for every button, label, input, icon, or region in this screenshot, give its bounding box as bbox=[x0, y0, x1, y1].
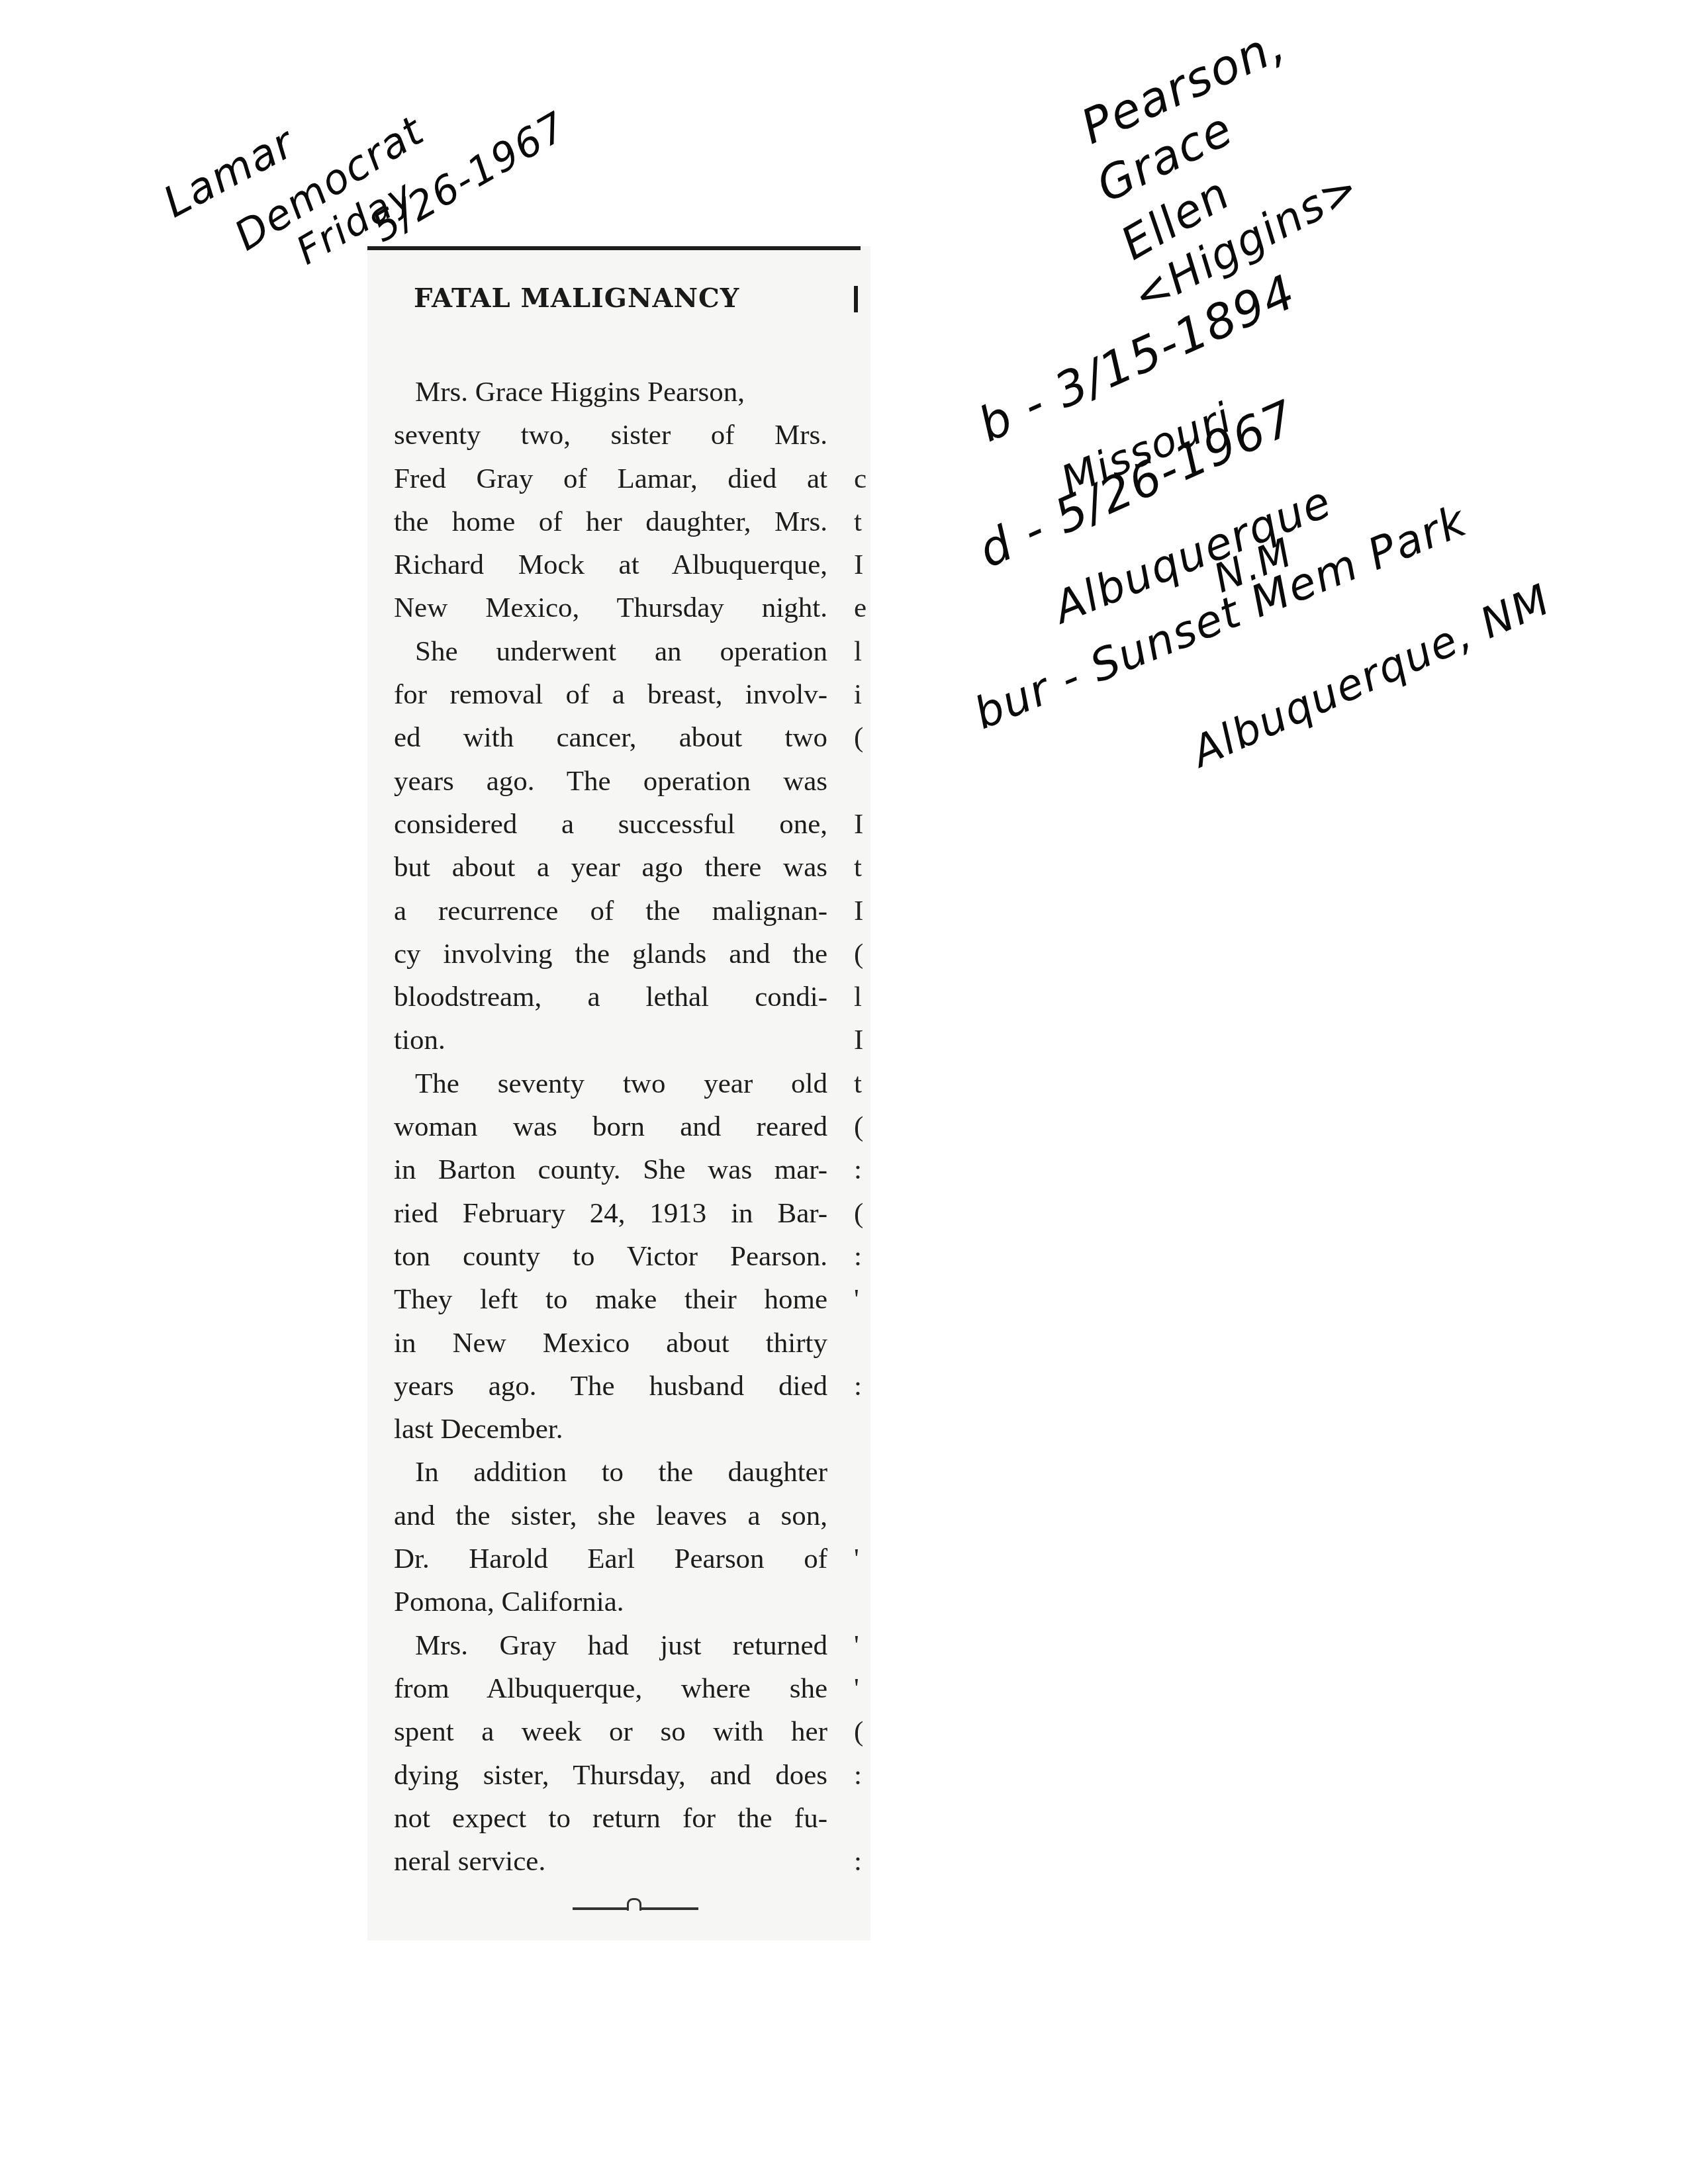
article-line: Mrs. Grace Higgins Pearson, bbox=[394, 371, 827, 414]
adjacent-column-fragment: I bbox=[854, 1019, 874, 1062]
article-line: years ago. The husband died bbox=[394, 1365, 827, 1408]
adjacent-column-fragment bbox=[854, 1408, 874, 1451]
adjacent-column-fragment: l bbox=[854, 976, 874, 1019]
article-body: Mrs. Grace Higgins Pearson,seventy two, … bbox=[394, 371, 827, 1883]
article-line: ed with cancer, about two bbox=[394, 716, 827, 759]
article-line: Dr. Harold Earl Pearson of bbox=[394, 1537, 827, 1580]
article-line: spent a week or so with her bbox=[394, 1710, 827, 1753]
adjacent-column-fragment: t bbox=[854, 846, 874, 889]
adjacent-column-fragment: ' bbox=[854, 1537, 874, 1580]
article-line: bloodstream, a lethal condi- bbox=[394, 976, 827, 1019]
adjacent-column-fragment: : bbox=[854, 1148, 874, 1191]
adjacent-column-fragment: e bbox=[854, 586, 874, 629]
adjacent-column-fragment: ' bbox=[854, 1278, 874, 1321]
article-line: seventy two, sister of Mrs. bbox=[394, 414, 827, 457]
article-line: but about a year ago there was bbox=[394, 846, 827, 889]
article-line: ton county to Victor Pearson. bbox=[394, 1235, 827, 1278]
newspaper-clipping: FATAL MALIGNANCY Mrs. Grace Higgins Pear… bbox=[367, 246, 870, 1940]
article-line: for removal of a breast, involv- bbox=[394, 673, 827, 716]
adjacent-column-fragment: l bbox=[854, 630, 874, 673]
article-line: New Mexico, Thursday night. bbox=[394, 586, 827, 629]
adjacent-column-fragment: ( bbox=[854, 1105, 874, 1148]
adjacent-column-fragment: : bbox=[854, 1365, 874, 1408]
article-line: dying sister, Thursday, and does bbox=[394, 1754, 827, 1797]
article-line: considered a successful one, bbox=[394, 803, 827, 846]
article-line: They left to make their home bbox=[394, 1278, 827, 1321]
adjacent-column-fragment: ' bbox=[854, 1624, 874, 1667]
adjacent-column-fragment: : bbox=[854, 1754, 874, 1797]
adjacent-column-fragment: i bbox=[854, 673, 874, 716]
headline: FATAL MALIGNANCY bbox=[414, 283, 739, 314]
adjacent-column-fragment: I bbox=[854, 803, 874, 846]
article-line: ried February 24, 1913 in Bar- bbox=[394, 1192, 827, 1235]
adjacent-column-fragment bbox=[854, 1322, 874, 1365]
article-line: Pomona, California. bbox=[394, 1580, 827, 1623]
adjacent-column-fragment: ( bbox=[854, 1710, 874, 1753]
article-line: years ago. The operation was bbox=[394, 760, 827, 803]
adjacent-column-fragment bbox=[854, 371, 874, 414]
article-line: She underwent an operation bbox=[394, 630, 827, 673]
article-line: Richard Mock at Albuquerque, bbox=[394, 543, 827, 586]
article-line: woman was born and reared bbox=[394, 1105, 827, 1148]
article-line: last December. bbox=[394, 1408, 827, 1451]
article-line: In addition to the daughter bbox=[394, 1451, 827, 1494]
adjacent-column-fragment: ( bbox=[854, 716, 874, 759]
article-line: in New Mexico about thirty bbox=[394, 1322, 827, 1365]
article-line: Fred Gray of Lamar, died at bbox=[394, 457, 827, 500]
article-line: in Barton county. She was mar- bbox=[394, 1148, 827, 1191]
adjacent-column-fragments: ctIeli(ItI(lIt(:(:':'''(:: bbox=[854, 371, 874, 1883]
adjacent-column-fragment bbox=[854, 1494, 874, 1537]
adjacent-column-fragment bbox=[854, 760, 874, 803]
article-line: neral service. bbox=[394, 1840, 827, 1883]
article-end-dash bbox=[573, 1907, 698, 1910]
adjacent-column-headline-fragment bbox=[854, 286, 858, 312]
article-line: a recurrence of the malignan- bbox=[394, 889, 827, 933]
article-line: cy involving the glands and the bbox=[394, 933, 827, 976]
adjacent-column-fragment bbox=[854, 1451, 874, 1494]
adjacent-column-fragment: t bbox=[854, 1062, 874, 1105]
article-line: from Albuquerque, where she bbox=[394, 1667, 827, 1710]
article-line: The seventy two year old bbox=[394, 1062, 827, 1105]
article-line: and the sister, she leaves a son, bbox=[394, 1494, 827, 1537]
adjacent-column-fragment bbox=[854, 414, 874, 457]
article-line: tion. bbox=[394, 1019, 827, 1062]
adjacent-column-fragment: : bbox=[854, 1235, 874, 1278]
adjacent-column-fragment bbox=[854, 1580, 874, 1623]
adjacent-column-fragment: ' bbox=[854, 1667, 874, 1710]
adjacent-column-fragment: I bbox=[854, 889, 874, 933]
article-line: the home of her daughter, Mrs. bbox=[394, 500, 827, 543]
adjacent-column-fragment: ( bbox=[854, 933, 874, 976]
adjacent-column-fragment: t bbox=[854, 500, 874, 543]
adjacent-column-fragment: I bbox=[854, 543, 874, 586]
adjacent-column-fragment bbox=[854, 1797, 874, 1840]
article-line: not expect to return for the fu- bbox=[394, 1797, 827, 1840]
adjacent-column-fragment: ( bbox=[854, 1192, 874, 1235]
adjacent-column-fragment: c bbox=[854, 457, 874, 500]
article-line: Mrs. Gray had just returned bbox=[394, 1624, 827, 1667]
adjacent-column-fragment: : bbox=[854, 1840, 874, 1883]
column-top-rule bbox=[367, 246, 861, 250]
